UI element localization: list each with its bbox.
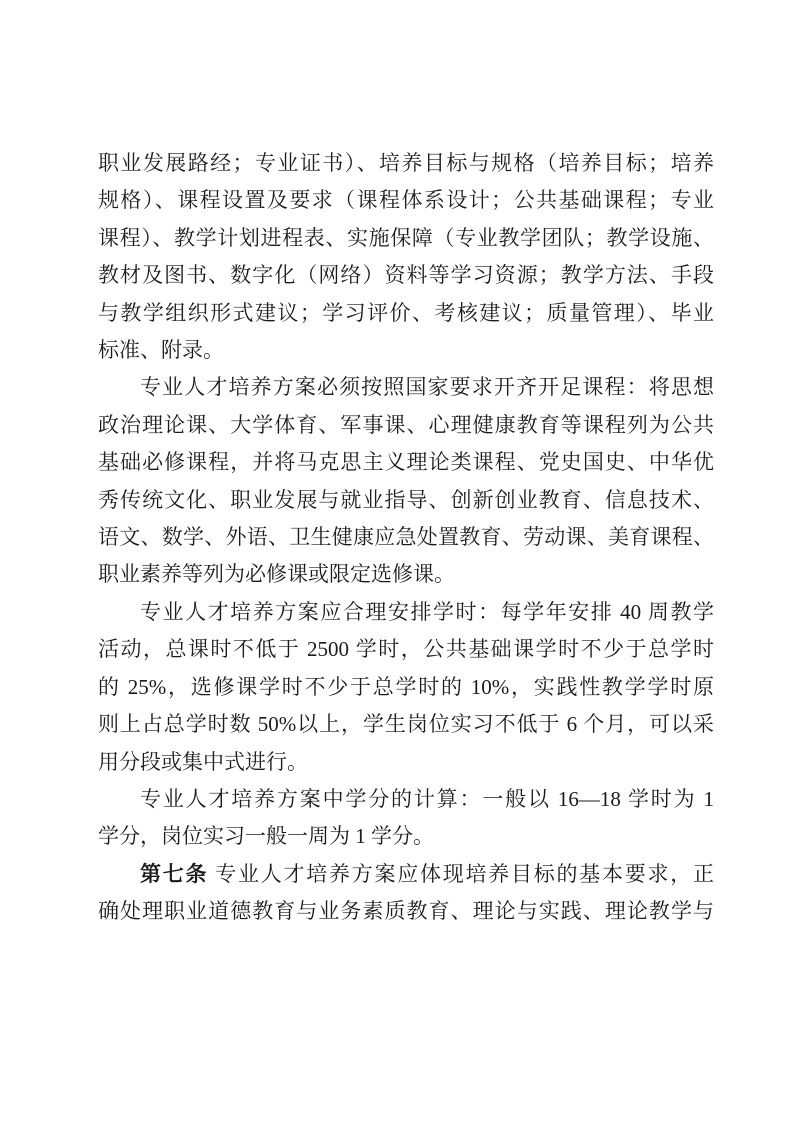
text-line-rest: 专业人才培养方案应体现培养目标的基本要求，正 (208, 862, 714, 886)
text-line: 第七条 专业人才培养方案应体现培养目标的基本要求，正 (98, 856, 714, 893)
text-line: 职业素养等列为必修课或限定选修课。 (98, 556, 714, 593)
text-line: 的 25%，选修课学时不少于总学时的 10%，实践性教学学时原 (98, 669, 714, 706)
text-line: 确处理职业道德教育与业务素质教育、理论与实践、理论教学与 (98, 893, 714, 930)
text-line: 课程）、教学计划进程表、实施保障（专业教学团队；教学设施、 (98, 220, 714, 257)
text-line: 教材及图书、数字化（网络）资料等学习资源；教学方法、手段 (98, 257, 714, 294)
text-line: 规格）、课程设置及要求（课程体系设计；公共基础课程；专业 (98, 182, 714, 219)
text-line: 活动，总课时不低于 2500 学时，公共基础课学时不少于总学时 (98, 631, 714, 668)
text-line: 则上占总学时数 50%以上，学生岗位实习不低于 6 个月，可以采 (98, 706, 714, 743)
paragraph: 第七条 专业人才培养方案应体现培养目标的基本要求，正 确处理职业道德教育与业务素… (98, 856, 714, 931)
text-line: 专业人才培养方案应合理安排学时：每学年安排 40 周教学 (98, 594, 714, 631)
text-line: 基础必修课程，并将马克思主义理论类课程、党史国史、中华优 (98, 444, 714, 481)
paragraph: 专业人才培养方案应合理安排学时：每学年安排 40 周教学 活动，总课时不低于 2… (98, 594, 714, 781)
text-line: 语文、数学、外语、卫生健康应急处置教育、劳动课、美育课程、 (98, 519, 714, 556)
paragraph: 专业人才培养方案中学分的计算：一般以 16—18 学时为 1 学分，岗位实习一般… (98, 781, 714, 856)
paragraph: 职业发展路经；专业证书）、培养目标与规格（培养目标；培养 规格）、课程设置及要求… (98, 145, 714, 369)
text-line: 政治理论课、大学体育、军事课、心理健康教育等课程列为公共 (98, 407, 714, 444)
text-line: 用分段或集中式进行。 (98, 744, 714, 781)
text-line: 标准、附录。 (98, 332, 714, 369)
text-line: 学分，岗位实习一般一周为 1 学分。 (98, 818, 714, 855)
text-line: 专业人才培养方案中学分的计算：一般以 16—18 学时为 1 (98, 781, 714, 818)
article-number: 第七条 (140, 862, 208, 886)
text-line: 秀传统文化、职业发展与就业指导、创新创业教育、信息技术、 (98, 482, 714, 519)
document-body: 职业发展路经；专业证书）、培养目标与规格（培养目标；培养 规格）、课程设置及要求… (98, 145, 714, 931)
document-page: 职业发展路经；专业证书）、培养目标与规格（培养目标；培养 规格）、课程设置及要求… (0, 0, 794, 1122)
text-line: 职业发展路经；专业证书）、培养目标与规格（培养目标；培养 (98, 145, 714, 182)
text-line: 专业人才培养方案必须按照国家要求开齐开足课程：将思想 (98, 369, 714, 406)
paragraph: 专业人才培养方案必须按照国家要求开齐开足课程：将思想 政治理论课、大学体育、军事… (98, 369, 714, 593)
text-line: 与教学组织形式建议；学习评价、考核建议；质量管理）、毕业 (98, 295, 714, 332)
